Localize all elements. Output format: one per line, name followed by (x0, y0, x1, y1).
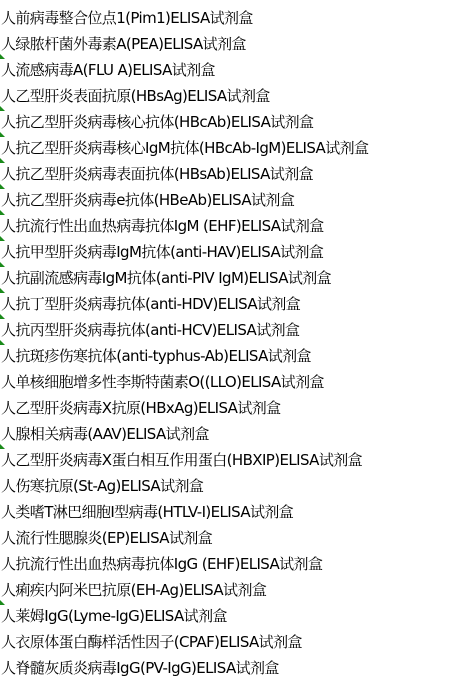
spreadsheet-cell[interactable]: 人抗乙型肝炎病毒e抗体(HBeAb)ELISA试剂盒 (0, 187, 463, 213)
cell-text: 人衣原体蛋白酶样活性因子(CPAF)ELISA试剂盒 (1, 633, 302, 651)
cell-text: 人抗乙型肝炎病毒核心抗体(HBcAb)ELISA试剂盒 (1, 113, 313, 131)
cell-text: 人抗流行性出血热病毒抗体IgG (EHF)ELISA试剂盒 (1, 555, 322, 573)
cell-text: 人抗乙型肝炎病毒e抗体(HBeAb)ELISA试剂盒 (1, 191, 294, 209)
cell-text: 人抗丁型肝炎病毒抗体(anti-HDV)ELISA试剂盒 (1, 295, 300, 313)
cell-text: 人流行性腮腺炎(EP)ELISA试剂盒 (1, 529, 212, 547)
cell-text: 人单核细胞增多性李斯特菌素O((LLO)ELISA试剂盒 (1, 373, 324, 391)
cell-text: 人类嗜T淋巴细胞Ⅰ型病毒(HTLV-Ⅰ)ELISA试剂盒 (1, 503, 293, 521)
spreadsheet-cell[interactable]: 人腺相关病毒(AAV)ELISA试剂盒 (0, 421, 463, 447)
spreadsheet-cell[interactable]: 人乙型肝炎表面抗原(HBsAg)ELISA试剂盒 (0, 83, 463, 109)
spreadsheet-cell[interactable]: 人乙型肝炎病毒X蛋白相互作用蛋白(HBXIP)ELISA试剂盒 (0, 447, 463, 473)
spreadsheet-cell[interactable]: 人前病毒整合位点1(Pim1)ELISA试剂盒 (0, 5, 463, 31)
cell-text: 人莱姆IgG(Lyme-IgG)ELISA试剂盒 (1, 607, 227, 625)
spreadsheet-cell[interactable]: 人抗丁型肝炎病毒抗体(anti-HDV)ELISA试剂盒 (0, 291, 463, 317)
cell-text: 人流感病毒A(FLU A)ELISA试剂盒 (1, 61, 215, 79)
spreadsheet-cell[interactable]: 人抗流行性出血热病毒抗体IgG (EHF)ELISA试剂盒 (0, 551, 463, 577)
cell-text: 人脊髓灰质炎病毒IgG(PV-IgG)ELISA试剂盒 (1, 659, 279, 677)
cell-text: 人抗流行性出血热病毒抗体IgM (EHF)ELISA试剂盒 (1, 217, 324, 235)
cell-text: 人痢疾内阿米巴抗原(EH-Ag)ELISA试剂盒 (1, 581, 266, 599)
spreadsheet-cell[interactable]: 人抗乙型肝炎病毒表面抗体(HBsAb)ELISA试剂盒 (0, 161, 463, 187)
spreadsheet-cell[interactable]: 人绿脓杆菌外毒素A(PEA)ELISA试剂盒 (0, 31, 463, 57)
spreadsheet-cell[interactable]: 人乙型肝炎病毒X抗原(HBxAg)ELISA试剂盒 (0, 395, 463, 421)
spreadsheet-cell[interactable]: 人流感病毒A(FLU A)ELISA试剂盒 (0, 57, 463, 83)
cell-text: 人绿脓杆菌外毒素A(PEA)ELISA试剂盒 (1, 35, 246, 53)
spreadsheet-cell[interactable]: 人抗乙型肝炎病毒核心IgM抗体(HBcAb-IgM)ELISA试剂盒 (0, 135, 463, 161)
cell-text: 人抗副流感病毒IgM抗体(anti-PIV IgM)ELISA试剂盒 (1, 269, 331, 287)
spreadsheet-cell[interactable]: 人类嗜T淋巴细胞Ⅰ型病毒(HTLV-Ⅰ)ELISA试剂盒 (0, 499, 463, 525)
cell-text: 人抗斑疹伤寒抗体(anti-typhus-Ab)ELISA试剂盒 (1, 347, 311, 365)
cell-text: 人抗乙型肝炎病毒表面抗体(HBsAb)ELISA试剂盒 (1, 165, 313, 183)
spreadsheet-cell[interactable]: 人衣原体蛋白酶样活性因子(CPAF)ELISA试剂盒 (0, 629, 463, 655)
spreadsheet-cell[interactable]: 人莱姆IgG(Lyme-IgG)ELISA试剂盒 (0, 603, 463, 629)
spreadsheet-cell[interactable]: 人脊髓灰质炎病毒IgG(PV-IgG)ELISA试剂盒 (0, 655, 463, 681)
spreadsheet-cell[interactable]: 人抗甲型肝炎病毒IgM抗体(anti-HAV)ELISA试剂盒 (0, 239, 463, 265)
spreadsheet-cell[interactable]: 人抗乙型肝炎病毒核心抗体(HBcAb)ELISA试剂盒 (0, 109, 463, 135)
spreadsheet-cell[interactable]: 人抗斑疹伤寒抗体(anti-typhus-Ab)ELISA试剂盒 (0, 343, 463, 369)
spreadsheet-cell[interactable]: 人抗流行性出血热病毒抗体IgM (EHF)ELISA试剂盒 (0, 213, 463, 239)
cell-text: 人乙型肝炎病毒X抗原(HBxAg)ELISA试剂盒 (1, 399, 281, 417)
cell-text: 人抗甲型肝炎病毒IgM抗体(anti-HAV)ELISA试剂盒 (1, 243, 323, 261)
spreadsheet-cell[interactable]: 人流行性腮腺炎(EP)ELISA试剂盒 (0, 525, 463, 551)
spreadsheet-cell[interactable]: 人痢疾内阿米巴抗原(EH-Ag)ELISA试剂盒 (0, 577, 463, 603)
spreadsheet-cell[interactable]: 人抗丙型肝炎病毒抗体(anti-HCV)ELISA试剂盒 (0, 317, 463, 343)
cell-text: 人抗乙型肝炎病毒核心IgM抗体(HBcAb-IgM)ELISA试剂盒 (1, 139, 368, 157)
spreadsheet-column: 人乙型肝炎病毒核心抗原(HBcAg)ELISA试剂盒 人前病毒整合位点1(Pim… (0, 0, 463, 681)
cell-text: 人乙型肝炎病毒X蛋白相互作用蛋白(HBXIP)ELISA试剂盒 (1, 451, 362, 469)
cell-text: 人前病毒整合位点1(Pim1)ELISA试剂盒 (1, 9, 253, 27)
cell-text: 人腺相关病毒(AAV)ELISA试剂盒 (1, 425, 209, 443)
cell-text: 人伤寒抗原(St-Ag)ELISA试剂盒 (1, 477, 203, 495)
cell-text: 人乙型肝炎表面抗原(HBsAg)ELISA试剂盒 (1, 87, 270, 105)
spreadsheet-cell[interactable]: 人抗副流感病毒IgM抗体(anti-PIV IgM)ELISA试剂盒 (0, 265, 463, 291)
spreadsheet-cell[interactable]: 人单核细胞增多性李斯特菌素O((LLO)ELISA试剂盒 (0, 369, 463, 395)
cell-text: 人抗丙型肝炎病毒抗体(anti-HCV)ELISA试剂盒 (1, 321, 299, 339)
spreadsheet-cell[interactable]: 人伤寒抗原(St-Ag)ELISA试剂盒 (0, 473, 463, 499)
